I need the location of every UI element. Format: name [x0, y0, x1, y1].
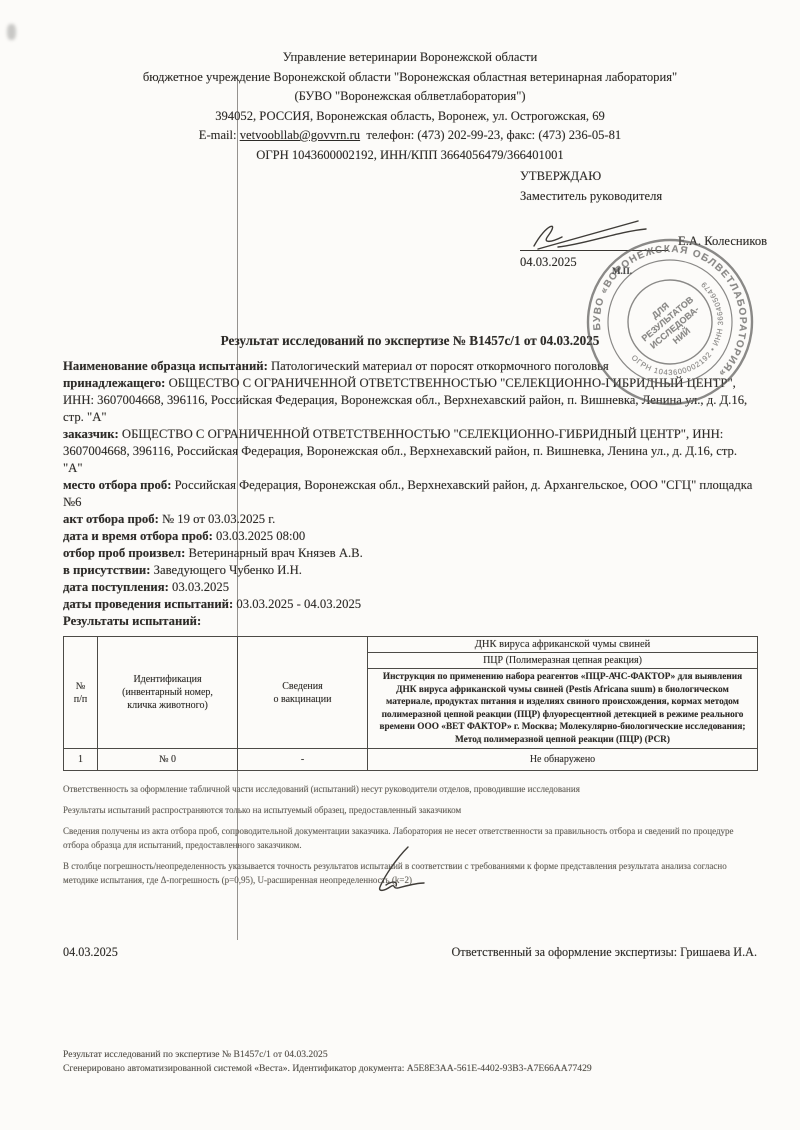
field-label: дата и время отбора проб:: [63, 529, 213, 543]
footnote: Ответственность за оформление табличной …: [63, 782, 757, 796]
cell-row-number: 1: [64, 749, 98, 771]
col-header-method-details: Инструкция по применению набора реагенто…: [368, 669, 758, 749]
stamp-center-text: ДЛЯ РЕЗУЛЬТАТОВ ИССЛЕДОВА- НИЙ: [633, 286, 710, 361]
document-content: Управление ветеринарии Воронежской облас…: [0, 0, 800, 960]
org-contacts: E-mail: vetvoobllab@govvrn.ru телефон: (…: [63, 126, 757, 146]
signoff-label: Ответственный за оформление экспертизы: …: [451, 945, 757, 960]
executor-signature: [368, 843, 432, 895]
scanned-document-page: Управление ветеринарии Воронежской облас…: [0, 0, 800, 1130]
field-value: 03.03.2025 08:00: [216, 529, 305, 543]
stamp-place-mark: М.П.: [612, 266, 632, 276]
results-section-label: Результаты испытаний:: [63, 613, 757, 630]
field-value: 03.03.2025: [172, 580, 229, 594]
field-receipt-date: дата поступления: 03.03.2025: [63, 579, 757, 596]
footnote: Результаты испытаний распространяются то…: [63, 803, 757, 817]
signoff-date: 04.03.2025: [63, 945, 118, 960]
email-label: E-mail:: [199, 128, 237, 142]
field-value: Патологический материал от поросят откор…: [271, 359, 609, 373]
approve-word: УТВЕРЖДАЮ: [520, 166, 775, 186]
field-label: в присутствии:: [63, 563, 150, 577]
field-label: отбор проб произвел:: [63, 546, 185, 560]
field-label: заказчик:: [63, 427, 119, 441]
field-sampling-datetime: дата и время отбора проб: 03.03.2025 08:…: [63, 528, 757, 545]
footer-generated-by: Сгенерировано автоматизированной системо…: [63, 1062, 592, 1076]
document-footer: Результат исследований по экспертизе № В…: [63, 1048, 592, 1076]
footer-expertise-ref: Результат исследований по экспертизе № В…: [63, 1048, 592, 1062]
table-data-row: 1 № 0 - Не обнаружено: [64, 749, 758, 771]
signoff-row: 04.03.2025 Ответственный за оформление э…: [63, 945, 757, 960]
field-testing-dates: даты проведения испытаний: 03.03.2025 - …: [63, 596, 757, 613]
field-value: ОБЩЕСТВО С ОГРАНИЧЕННОЙ ОТВЕТСТВЕННОСТЬЮ…: [63, 427, 737, 475]
cell-result: Не обнаружено: [368, 749, 758, 771]
col-header-num: № п/п: [64, 637, 98, 749]
approver-position: Заместитель руководителя: [520, 186, 775, 206]
field-value: 03.03.2025 - 04.03.2025: [236, 597, 361, 611]
field-customer: заказчик: ОБЩЕСТВО С ОГРАНИЧЕННОЙ ОТВЕТС…: [63, 426, 757, 477]
field-label: место отбора проб:: [63, 478, 171, 492]
field-label: дата поступления:: [63, 580, 169, 594]
table-header-row-1: № п/п Идентификация (инвентарный номер, …: [64, 637, 758, 653]
field-sampling-act: акт отбора проб: № 19 от 03.03.2025 г.: [63, 511, 757, 528]
field-sampling-place: место отбора проб: Российская Федерация,…: [63, 477, 757, 511]
org-name: Управление ветеринарии Воронежской облас…: [63, 48, 757, 68]
field-label: даты проведения испытаний:: [63, 597, 233, 611]
org-address: 394052, РОССИЯ, Воронежская область, Вор…: [63, 107, 757, 127]
col-header-target: ДНК вируса африканской чумы свиней: [368, 637, 758, 653]
email-link: vetvoobllab@govvrn.ru: [240, 128, 360, 142]
phone-fax: телефон: (473) 202-99-23, факс: (473) 23…: [366, 128, 621, 142]
field-label: Наименование образца испытаний:: [63, 359, 268, 373]
org-full-name: бюджетное учреждение Воронежской области…: [63, 68, 757, 88]
field-value: Заведующего Чубенко И.Н.: [154, 563, 302, 577]
field-value: № 19 от 03.03.2025 г.: [162, 512, 275, 526]
field-label: принадлежащего:: [63, 376, 165, 390]
field-label: акт отбора проб:: [63, 512, 159, 526]
org-registration-numbers: ОГРН 1043600002192, ИНН/КПП 3664056479/3…: [63, 146, 757, 166]
organization-header: Управление ветеринарии Воронежской облас…: [63, 48, 757, 165]
cell-identification: № 0: [98, 749, 238, 771]
results-table: № п/п Идентификация (инвентарный номер, …: [63, 636, 758, 771]
col-header-method: ПЦР (Полимеразная цепная реакция): [368, 653, 758, 669]
org-short-name: (БУВО "Воронежская облветлаборатория"): [63, 87, 757, 107]
field-value: Ветеринарный врач Князев А.В.: [189, 546, 363, 560]
cell-vaccination: -: [238, 749, 368, 771]
field-sampler: отбор проб произвел: Ветеринарный врач К…: [63, 545, 757, 562]
field-witness: в присутствии: Заведующего Чубенко И.Н.: [63, 562, 757, 579]
col-header-identification: Идентификация (инвентарный номер, кличка…: [98, 637, 238, 749]
col-header-vaccination: Сведения о вакцинации: [238, 637, 368, 749]
